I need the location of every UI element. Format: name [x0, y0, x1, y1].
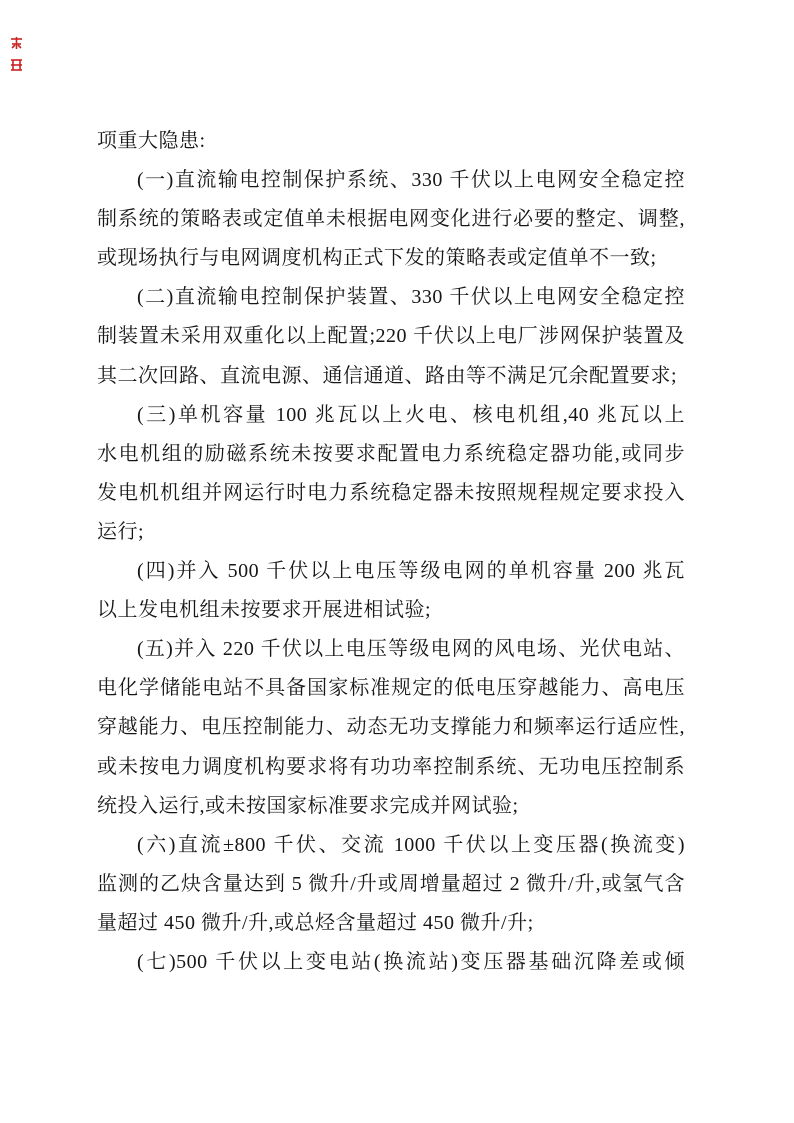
red-annotation-mark-1 — [9, 36, 24, 50]
text-line: 发电机机组并网运行时电力系统稳定器未按照规程规定要求投入 — [97, 474, 685, 513]
document-text-block: 项重大隐患: (一)直流输电控制保护系统、330 千伏以上电网安全稳定控 制系统… — [97, 122, 685, 982]
text-line: (六)直流±800 千伏、交流 1000 千伏以上变压器(换流变) — [97, 826, 685, 865]
text-line: 运行; — [97, 513, 685, 552]
text-line: 或未按电力调度机构要求将有功功率控制系统、无功电压控制系 — [97, 748, 685, 787]
text-line: 统投入运行,或未按国家标准要求完成并网试验; — [97, 787, 685, 826]
text-line: (三)单机容量 100 兆瓦以上火电、核电机组,40 兆瓦以上 — [97, 396, 685, 435]
red-annotation-mark-2 — [9, 58, 24, 72]
text-line: 其二次回路、直流电源、通信通道、路由等不满足冗余配置要求; — [97, 357, 685, 396]
text-line: 穿越能力、电压控制能力、动态无功支撑能力和频率运行适应性, — [97, 708, 685, 747]
text-line: 量超过 450 微升/升,或总烃含量超过 450 微升/升; — [97, 904, 685, 943]
text-line: 以上发电机组未按要求开展进相试验; — [97, 591, 685, 630]
text-line: 监测的乙炔含量达到 5 微升/升或周增量超过 2 微升/升,或氢气含 — [97, 865, 685, 904]
text-line: 水电机组的励磁系统未按要求配置电力系统稳定器功能,或同步 — [97, 435, 685, 474]
text-line: (四)并入 500 千伏以上电压等级电网的单机容量 200 兆瓦 — [97, 552, 685, 591]
red-mark-icon — [9, 58, 24, 72]
text-line: (七)500 千伏以上变电站(换流站)变压器基础沉降差或倾 — [97, 943, 685, 982]
text-line: 项重大隐患: — [97, 122, 685, 161]
text-line: 或现场执行与电网调度机构正式下发的策略表或定值单不一致; — [97, 239, 685, 278]
text-line: 电化学储能电站不具备国家标准规定的低电压穿越能力、高电压 — [97, 669, 685, 708]
text-line: (五)并入 220 千伏以上电压等级电网的风电场、光伏电站、 — [97, 630, 685, 669]
red-mark-icon — [9, 36, 24, 50]
text-line: (二)直流输电控制保护装置、330 千伏以上电网安全稳定控 — [97, 278, 685, 317]
text-line: (一)直流输电控制保护系统、330 千伏以上电网安全稳定控 — [97, 161, 685, 200]
text-line: 制系统的策略表或定值单未根据电网变化进行必要的整定、调整, — [97, 200, 685, 239]
document-page: 项重大隐患: (一)直流输电控制保护系统、330 千伏以上电网安全稳定控 制系统… — [0, 0, 794, 1123]
text-line: 制装置未采用双重化以上配置;220 千伏以上电厂涉网保护装置及 — [97, 317, 685, 356]
